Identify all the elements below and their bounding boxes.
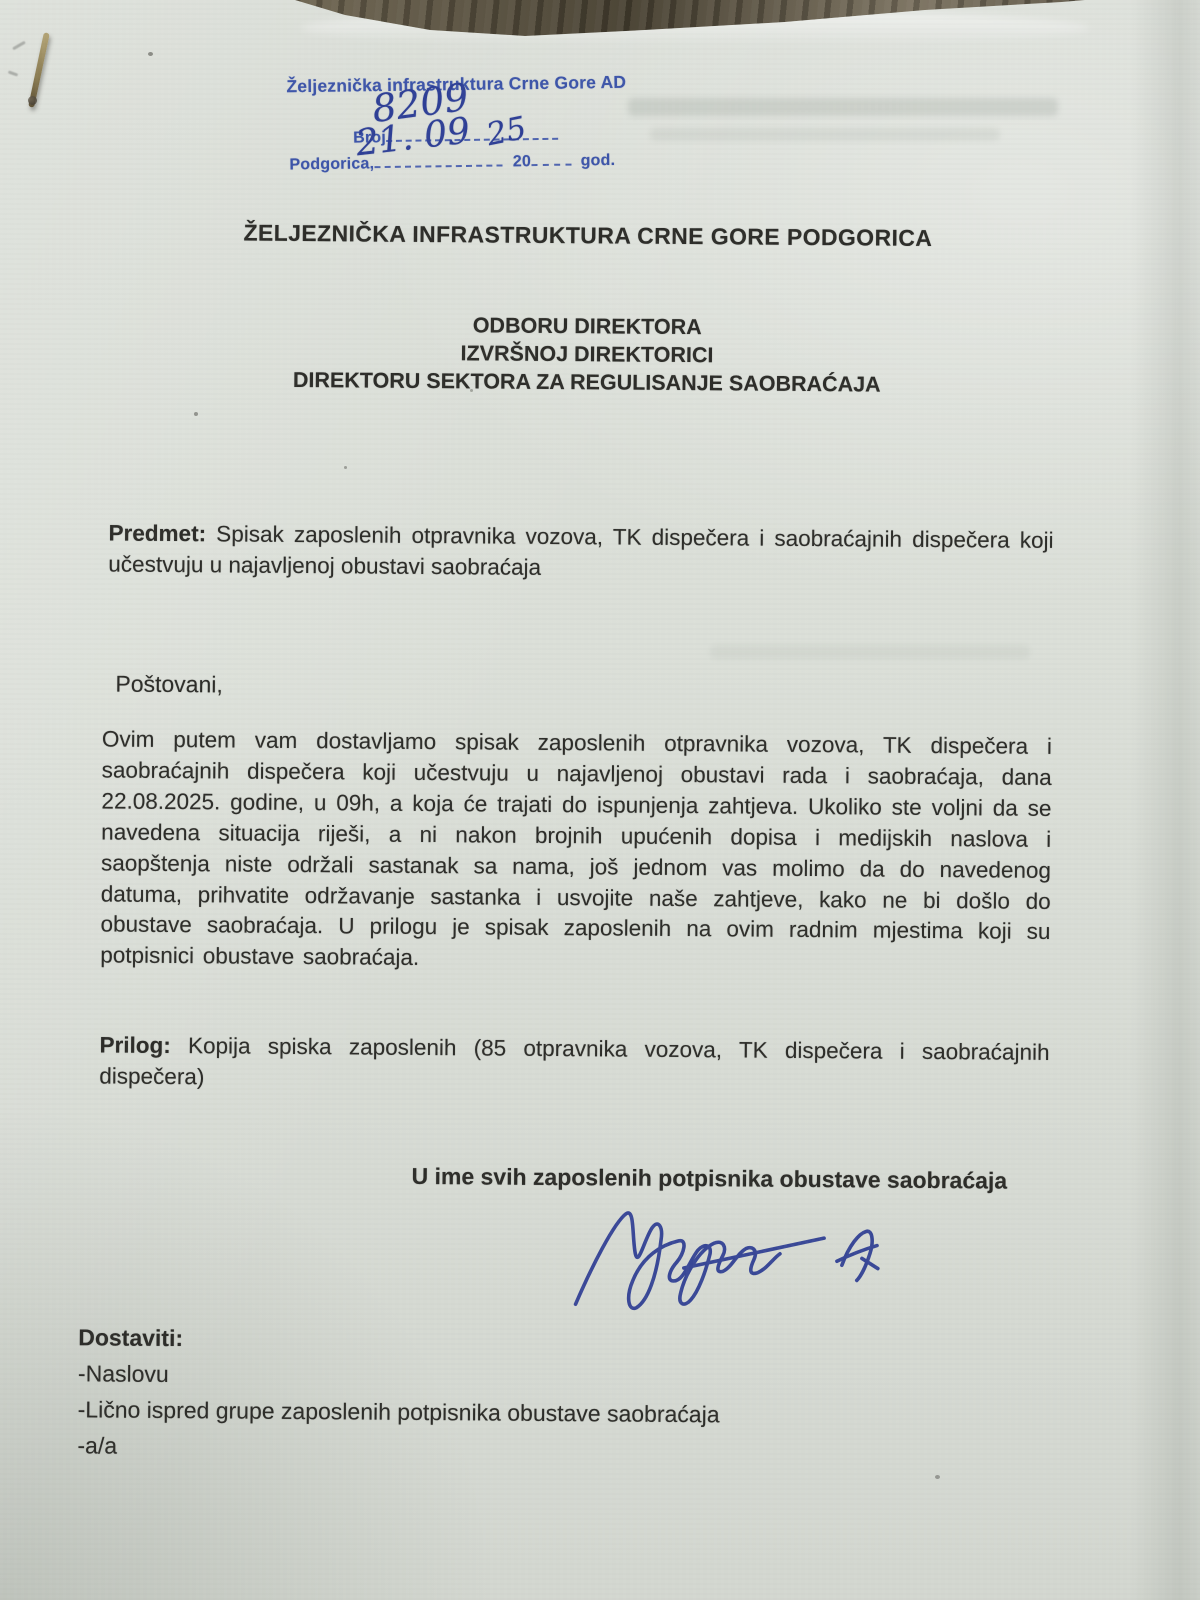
letter-title: ŽELJEZNIČKA INFRASTRUKTURA CRNE GORE POD… <box>0 218 1199 254</box>
subject-label: Predmet: <box>108 521 206 547</box>
stamp-year-prefix: 20 <box>513 153 531 170</box>
recipient-line-3: DIREKTORU SEKTORA ZA REGULISANJE SAOBRAĆ… <box>0 366 1198 400</box>
salutation: Poštovani, <box>115 671 223 699</box>
subject-text: Spisak zaposlenih otpravnika vozova, TK … <box>108 521 1053 580</box>
distribution-item-1: -Naslovu <box>78 1360 169 1388</box>
signature-scribble <box>565 1200 911 1315</box>
distribution-label: Dostaviti: <box>78 1324 183 1352</box>
attachment-text: Kopija spiska zaposlenih (85 otpravnika … <box>99 1033 1049 1089</box>
letter-content: Željeznička infrastruktura Crne Gore AD … <box>0 0 1200 1600</box>
attachment-label: Prilog: <box>99 1032 170 1058</box>
distribution-item-2: -Lično ispred grupe zaposlenih potpisnik… <box>78 1396 720 1428</box>
stamp-year-suffix: god. <box>581 152 616 169</box>
document-photo: Željeznička infrastruktura Crne Gore AD … <box>0 0 1200 1600</box>
body-paragraph: Ovim putem vam dostavljamo spisak zaposl… <box>100 724 1052 979</box>
subject-paragraph: Predmet: Spisak zaposlenih otpravnika vo… <box>108 518 1053 587</box>
attachment-paragraph: Prilog: Kopija spiska zaposlenih (85 otp… <box>99 1029 1049 1098</box>
paper-sheet: Željeznička infrastruktura Crne Gore AD … <box>0 0 1200 1600</box>
office-stamp: Željeznička infrastruktura Crne Gore AD … <box>286 67 706 72</box>
stamp-year-line <box>531 149 571 167</box>
distribution-item-3: -a/a <box>77 1432 117 1459</box>
closing-line: U ime svih zaposlenih potpisnika obustav… <box>411 1163 1007 1195</box>
handwritten-year: 25 <box>484 110 530 153</box>
